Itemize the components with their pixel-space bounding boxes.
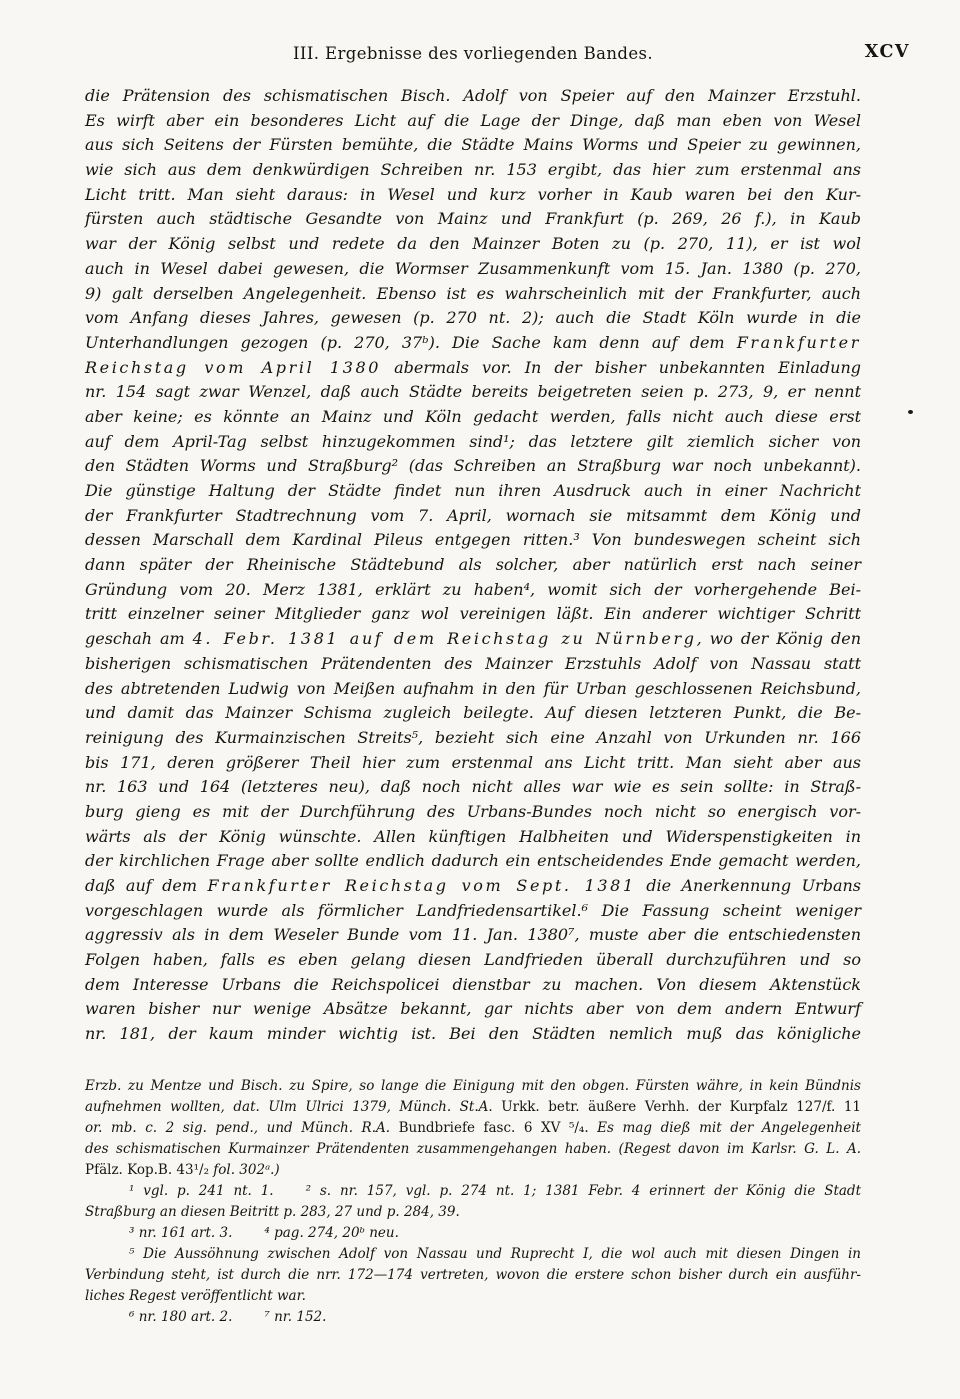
text-line: Straßburg an diesen Beitritt p. 283, 27 … (85, 1202, 861, 1223)
text-line: aber keine; es könnte an Mainz und Köln … (85, 405, 861, 430)
text-line: und damit das Mainzer Schisma zugleich b… (85, 701, 861, 726)
text-segment: ¹ vgl. p. 241 nt. 1. (129, 1183, 274, 1199)
text-segment: ⁷ nr. 152. (264, 1309, 326, 1325)
text-segment: daß auf dem (85, 876, 208, 895)
text-segment: Straßburg an diesen Beitritt p. 283, 27 … (85, 1204, 460, 1220)
text-line: der Frankfurter Stadtrechnung vom 7. Apr… (85, 504, 861, 529)
text-segment: Frankfurter Reichstag vom Sept. 1381 (208, 876, 636, 895)
text-line: ⁵ Die Aussöhnung zwischen Adolf von Nass… (85, 1244, 861, 1265)
text-line: des abtretenden Ludwig von Meißen aufnah… (85, 677, 861, 702)
text-segment: wie sich aus dem denkwürdigen Schreiben … (85, 160, 861, 179)
text-line: tritt einzelner seiner Mitglieder ganz w… (85, 602, 861, 627)
text-segment: und damit das Mainzer Schisma zugleich b… (85, 703, 861, 722)
text-segment: ⁵ Die Aussöhnung zwischen Adolf von Nass… (129, 1246, 861, 1262)
text-line: Es wirft aber ein besonderes Licht auf d… (85, 109, 861, 134)
text-segment: Pfälz. Kop.B. 43¹/₂ (85, 1162, 213, 1178)
text-segment: Unterhandlungen gezogen (p. 270, 37ᵇ). D… (85, 333, 737, 352)
text-line: der kirchlichen Frage aber sollte endlic… (85, 849, 861, 874)
text-segment: Es wirft aber ein besonderes Licht auf d… (85, 111, 861, 130)
text-segment: Die günstige Haltung der Städte findet n… (85, 481, 861, 500)
text-segment: tritt einzelner seiner Mitglieder ganz w… (85, 604, 861, 623)
text-line: dann später der Rheinische Städtebund al… (85, 553, 861, 578)
text-segment: auf dem April-Tag selbst hinzugekommen s… (85, 432, 861, 451)
text-segment: aber keine; es könnte an Mainz und Köln … (85, 407, 861, 426)
text-segment: or. mb. c. 2 sig. pend., und Münch. R.A. (85, 1120, 399, 1136)
text-line: Erzb. zu Mentze und Bisch. zu Spire, so … (85, 1076, 861, 1097)
text-line: Unterhandlungen gezogen (p. 270, 37ᵇ). D… (85, 331, 861, 356)
text-segment: burg gieng es mit der Durchführung des U… (85, 802, 861, 821)
text-line: Folgen haben, falls es eben gelang diese… (85, 948, 861, 973)
text-segment: den Städten Worms und Straßburg² (das Sc… (85, 456, 861, 475)
text-line: ³ nr. 161 art. 3.⁴ pag. 274, 20ᵇ neu. (85, 1223, 861, 1244)
text-line: vom Anfang dieses Jahres, gewesen (p. 27… (85, 306, 861, 331)
text-segment: Gründung vom 20. Merz 1381, erklärt zu h… (85, 580, 861, 599)
text-segment: Es mag dieß mit der Angelegenheit (589, 1120, 861, 1136)
text-line: or. mb. c. 2 sig. pend., und Münch. R.A.… (85, 1118, 861, 1139)
text-segment: des schismatischen Kurmainzer Prätendent… (85, 1141, 861, 1157)
text-segment: geschah am (85, 629, 193, 648)
text-segment: abermals vor. In der bisher unbekannten … (381, 358, 861, 377)
text-line: ⁶ nr. 180 art. 2.⁷ nr. 152. (85, 1307, 861, 1328)
text-segment: 9) galt derselben Angelegenheit. Ebenso … (85, 284, 861, 303)
footnotes: Erzb. zu Mentze und Bisch. zu Spire, so … (85, 1076, 861, 1328)
text-segment: dem Interesse Urbans die Reichspolicei d… (85, 975, 861, 994)
text-line: aus sich Seitens der Fürsten bemühte, di… (85, 133, 861, 158)
text-segment: dann später der Rheinische Städtebund al… (85, 555, 861, 574)
text-line: 9) galt derselben Angelegenheit. Ebenso … (85, 282, 861, 307)
scanned-book-page: III. Ergebnisse des vorliegenden Bandes.… (0, 0, 960, 1399)
text-segment: reinigung des Kurmainzischen Streits⁵, b… (85, 728, 861, 747)
text-line: auch in Wesel dabei gewesen, die Wormser… (85, 257, 861, 282)
text-line: bisherigen schismatischen Prätendenten d… (85, 652, 861, 677)
text-line: dem Interesse Urbans die Reichspolicei d… (85, 973, 861, 998)
text-segment: aus sich Seitens der Fürsten bemühte, di… (85, 135, 861, 154)
text-segment: auch in Wesel dabei gewesen, die Wormser… (85, 259, 861, 278)
text-line: war der König selbst und redete da den M… (85, 232, 861, 257)
text-segment: aggressiv als in dem Weseler Bunde vom 1… (85, 925, 861, 944)
text-segment: die Prätension des schismatischen Bisch.… (85, 86, 861, 105)
text-segment: dessen Marschall dem Kardinal Pileus ent… (85, 530, 861, 549)
text-line: Reichstag vom April 1380 abermals vor. I… (85, 356, 861, 381)
text-segment: der kirchlichen Frage aber sollte endlic… (85, 851, 861, 870)
text-line: dessen Marschall dem Kardinal Pileus ent… (85, 528, 861, 553)
text-line: aufnehmen wollten, dat. Ulm Ulrici 1379,… (85, 1097, 861, 1118)
text-segment: , wo der König den (697, 629, 861, 648)
text-line: liches Regest veröffentlicht war. (85, 1286, 861, 1307)
text-line: vorgeschlagen wurde als förmlicher Landf… (85, 899, 861, 924)
text-segment: Folgen haben, falls es eben gelang diese… (85, 950, 861, 969)
text-line: geschah am 4. Febr. 1381 auf dem Reichst… (85, 627, 861, 652)
text-segment: ³ nr. 161 art. 3. (129, 1225, 232, 1241)
page-number: XCV (865, 42, 910, 62)
text-segment: Licht tritt. Man sieht daraus: in Wesel … (85, 185, 861, 204)
text-segment: des abtretenden Ludwig von Meißen aufnah… (85, 679, 861, 698)
text-segment: 4. Febr. 1381 auf dem Reichstag zu Nürnb… (193, 629, 697, 648)
text-segment: Frankfurter (737, 333, 861, 352)
scan-artifact-dot (908, 410, 913, 414)
text-segment: Reichstag vom April 1380 (85, 358, 381, 377)
text-line: Die günstige Haltung der Städte findet n… (85, 479, 861, 504)
text-line: Verbindung steht, ist durch die nrr. 172… (85, 1265, 861, 1286)
text-segment: Urkk. betr. äußere Verhh. der Kurpfalz 1… (501, 1099, 861, 1115)
text-line: Licht tritt. Man sieht daraus: in Wesel … (85, 183, 861, 208)
text-segment: ⁴ pag. 274, 20ᵇ neu. (264, 1225, 399, 1241)
text-line: die Prätension des schismatischen Bisch.… (85, 84, 861, 109)
text-segment: ² s. nr. 157, vgl. p. 274 nt. 1; 1381 Fe… (306, 1183, 861, 1199)
text-line: reinigung des Kurmainzischen Streits⁵, b… (85, 726, 861, 751)
text-line: nr. 163 und 164 (letzteres neu), daß noc… (85, 775, 861, 800)
main-text: die Prätension des schismatischen Bisch.… (85, 84, 861, 1047)
text-line: wärts als der König wünschte. Allen künf… (85, 825, 861, 850)
text-line: waren bisher nur wenige Absätze bekannt,… (85, 997, 861, 1022)
text-line: des schismatischen Kurmainzer Prätendent… (85, 1139, 861, 1160)
text-segment: Bundbriefe fasc. 6 XV ⁵/₄. (399, 1120, 589, 1136)
text-line: bis 171, deren größerer Theil hier zum e… (85, 751, 861, 776)
text-segment: nr. 163 und 164 (letzteres neu), daß noc… (85, 777, 861, 796)
text-line: fürsten auch städtische Gesandte von Mai… (85, 207, 861, 232)
text-segment: liches Regest veröffentlicht war. (85, 1288, 306, 1304)
text-line: Pfälz. Kop.B. 43¹/₂ fol. 302ᵃ.) (85, 1160, 861, 1181)
text-segment: Erzb. zu Mentze und Bisch. zu Spire, so … (85, 1078, 861, 1094)
text-line: wie sich aus dem denkwürdigen Schreiben … (85, 158, 861, 183)
text-line: ¹ vgl. p. 241 nt. 1.² s. nr. 157, vgl. p… (85, 1181, 861, 1202)
text-segment: Verbindung steht, ist durch die nrr. 172… (85, 1267, 861, 1283)
text-segment: fol. 302ᵃ.) (213, 1162, 279, 1178)
text-line: nr. 181, der kaum minder wichtig ist. Be… (85, 1022, 861, 1047)
text-line: nr. 154 sagt zwar Wenzel, daß auch Städt… (85, 380, 861, 405)
text-segment: vom Anfang dieses Jahres, gewesen (p. 27… (85, 308, 861, 327)
text-line: auf dem April-Tag selbst hinzugekommen s… (85, 430, 861, 455)
text-segment: vorgeschlagen wurde als förmlicher Landf… (85, 901, 861, 920)
text-line: burg gieng es mit der Durchführung des U… (85, 800, 861, 825)
text-line: aggressiv als in dem Weseler Bunde vom 1… (85, 923, 861, 948)
text-segment: bisherigen schismatischen Prätendenten d… (85, 654, 861, 673)
text-line: daß auf dem Frankfurter Reichstag vom Se… (85, 874, 861, 899)
running-header-title: III. Ergebnisse des vorliegenden Bandes. (85, 44, 861, 63)
text-line: den Städten Worms und Straßburg² (das Sc… (85, 454, 861, 479)
text-segment: wärts als der König wünschte. Allen künf… (85, 827, 861, 846)
text-segment: die Anerkennung Urbans (636, 876, 861, 895)
text-segment: fürsten auch städtische Gesandte von Mai… (85, 209, 861, 228)
text-segment: waren bisher nur wenige Absätze bekannt,… (85, 999, 861, 1018)
text-segment: der Frankfurter Stadtrechnung vom 7. Apr… (85, 506, 861, 525)
text-segment: ⁶ nr. 180 art. 2. (129, 1309, 232, 1325)
text-segment: aufnehmen wollten, dat. Ulm Ulrici 1379,… (85, 1099, 501, 1115)
text-segment: war der König selbst und redete da den M… (85, 234, 861, 253)
text-line: Gründung vom 20. Merz 1381, erklärt zu h… (85, 578, 861, 603)
text-segment: nr. 154 sagt zwar Wenzel, daß auch Städt… (85, 382, 861, 401)
text-segment: bis 171, deren größerer Theil hier zum e… (85, 753, 861, 772)
text-segment: nr. 181, der kaum minder wichtig ist. Be… (85, 1024, 861, 1043)
